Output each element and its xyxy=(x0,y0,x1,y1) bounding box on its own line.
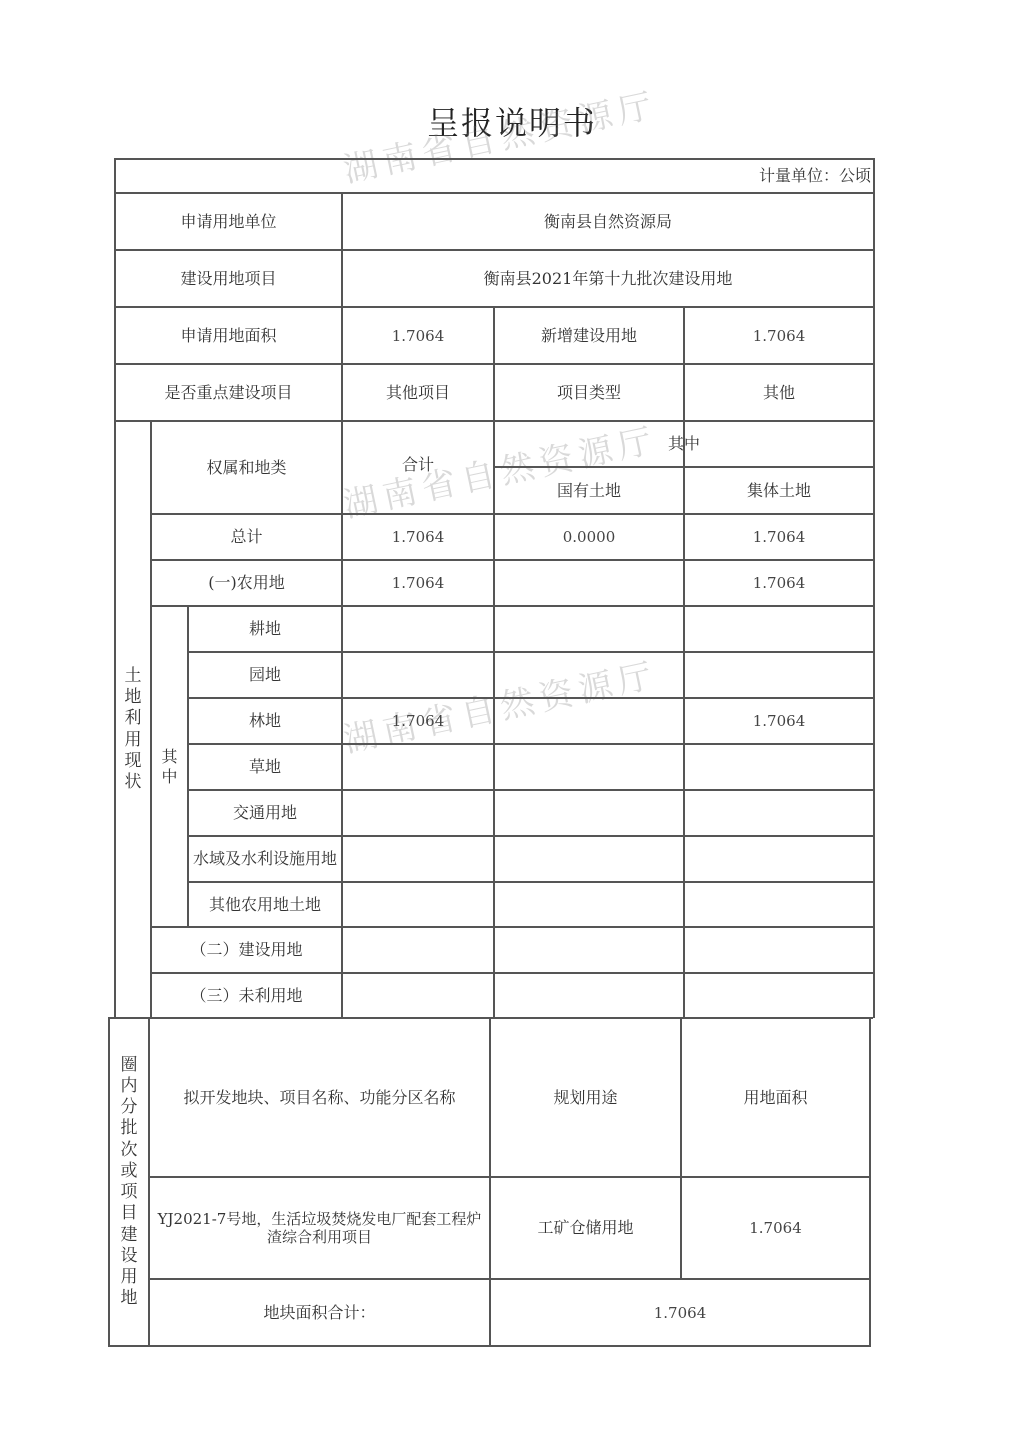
grand-total-collective: 1.7064 xyxy=(685,515,873,559)
construction-state xyxy=(495,928,683,972)
garden-total xyxy=(343,653,493,697)
project-type-label: 项目类型 xyxy=(495,365,683,420)
unit-label: 计量单位：公顷 xyxy=(116,160,873,192)
batch-header-area: 用地面积 xyxy=(682,1019,869,1176)
construction-total xyxy=(343,928,493,972)
row-label-agricultural: (一)农用地 xyxy=(152,561,341,605)
cultivated-state xyxy=(495,607,683,651)
grassland-state xyxy=(495,745,683,789)
header-category: 权属和地类 xyxy=(152,422,341,513)
garden-collective xyxy=(685,653,873,697)
project-value: 衡南县2021年第十九批次建设用地 xyxy=(343,251,873,306)
header-state-owned: 国有土地 xyxy=(495,468,683,513)
transport-total xyxy=(343,791,493,835)
header-total: 合计 xyxy=(343,422,493,513)
water-state xyxy=(495,837,683,881)
forest-state xyxy=(495,699,683,743)
land-use-section-label: 土 地 利 用 现 状 xyxy=(116,422,150,1017)
water-total xyxy=(343,837,493,881)
grassland-total xyxy=(343,745,493,789)
other-agricultural-state xyxy=(495,883,683,926)
row-label-garden: 园地 xyxy=(189,653,341,697)
batch-row-name: YJ2021-7号地，生活垃圾焚烧发电厂配套工程炉渣综合利用项目 xyxy=(150,1178,489,1278)
row-label-transport: 交通用地 xyxy=(189,791,341,835)
garden-state xyxy=(495,653,683,697)
other-agricultural-total xyxy=(343,883,493,926)
unused-state xyxy=(495,974,683,1017)
area-label: 申请用地面积 xyxy=(116,308,341,363)
construction-collective xyxy=(685,928,873,972)
grassland-collective xyxy=(685,745,873,789)
page-title: 呈报说明书 xyxy=(0,98,1024,144)
row-label-water: 水域及水利设施用地 xyxy=(189,837,341,881)
row-label-grand-total: 总计 xyxy=(152,515,341,559)
row-label-forest: 林地 xyxy=(189,699,341,743)
key-project-label: 是否重点建设项目 xyxy=(116,365,341,420)
forest-collective: 1.7064 xyxy=(685,699,873,743)
batch-total-value: 1.7064 xyxy=(491,1280,869,1345)
new-construction-label: 新增建设用地 xyxy=(495,308,683,363)
header-of-which: 其中 xyxy=(495,422,873,466)
agricultural-total: 1.7064 xyxy=(343,561,493,605)
row-label-unused: （三）未利用地 xyxy=(152,974,341,1017)
agricultural-collective: 1.7064 xyxy=(685,561,873,605)
batch-header-purpose: 规划用途 xyxy=(491,1019,680,1176)
row-label-grassland: 草地 xyxy=(189,745,341,789)
grand-total-state: 0.0000 xyxy=(495,515,683,559)
agricultural-state xyxy=(495,561,683,605)
row-label-cultivated: 耕地 xyxy=(189,607,341,651)
applicant-label: 申请用地单位 xyxy=(116,194,341,249)
water-collective xyxy=(685,837,873,881)
other-agricultural-collective xyxy=(685,883,873,926)
row-label-construction: （二）建设用地 xyxy=(152,928,341,972)
area-value: 1.7064 xyxy=(343,308,493,363)
forest-total: 1.7064 xyxy=(343,699,493,743)
batch-section-label: 圈 内 分 批 次 或 项 目 建 设 用 地 xyxy=(110,1019,148,1345)
of-which-sub-label: 其 中 xyxy=(152,607,187,926)
project-label: 建设用地项目 xyxy=(116,251,341,306)
header-collective: 集体土地 xyxy=(685,468,873,513)
cultivated-total xyxy=(343,607,493,651)
project-type-value: 其他 xyxy=(685,365,873,420)
applicant-value: 衡南县自然资源局 xyxy=(343,194,873,249)
transport-state xyxy=(495,791,683,835)
new-construction-value: 1.7064 xyxy=(685,308,873,363)
batch-row-purpose: 工矿仓储用地 xyxy=(491,1178,680,1278)
batch-header-name: 拟开发地块、项目名称、功能分区名称 xyxy=(150,1019,489,1176)
batch-row-area: 1.7064 xyxy=(682,1178,869,1278)
batch-total-label: 地块面积合计： xyxy=(150,1280,489,1345)
transport-collective xyxy=(685,791,873,835)
unused-total xyxy=(343,974,493,1017)
key-project-value: 其他项目 xyxy=(343,365,493,420)
cultivated-collective xyxy=(685,607,873,651)
unused-collective xyxy=(685,974,873,1017)
grand-total-total: 1.7064 xyxy=(343,515,493,559)
row-label-other-agricultural: 其他农用地土地 xyxy=(189,883,341,926)
